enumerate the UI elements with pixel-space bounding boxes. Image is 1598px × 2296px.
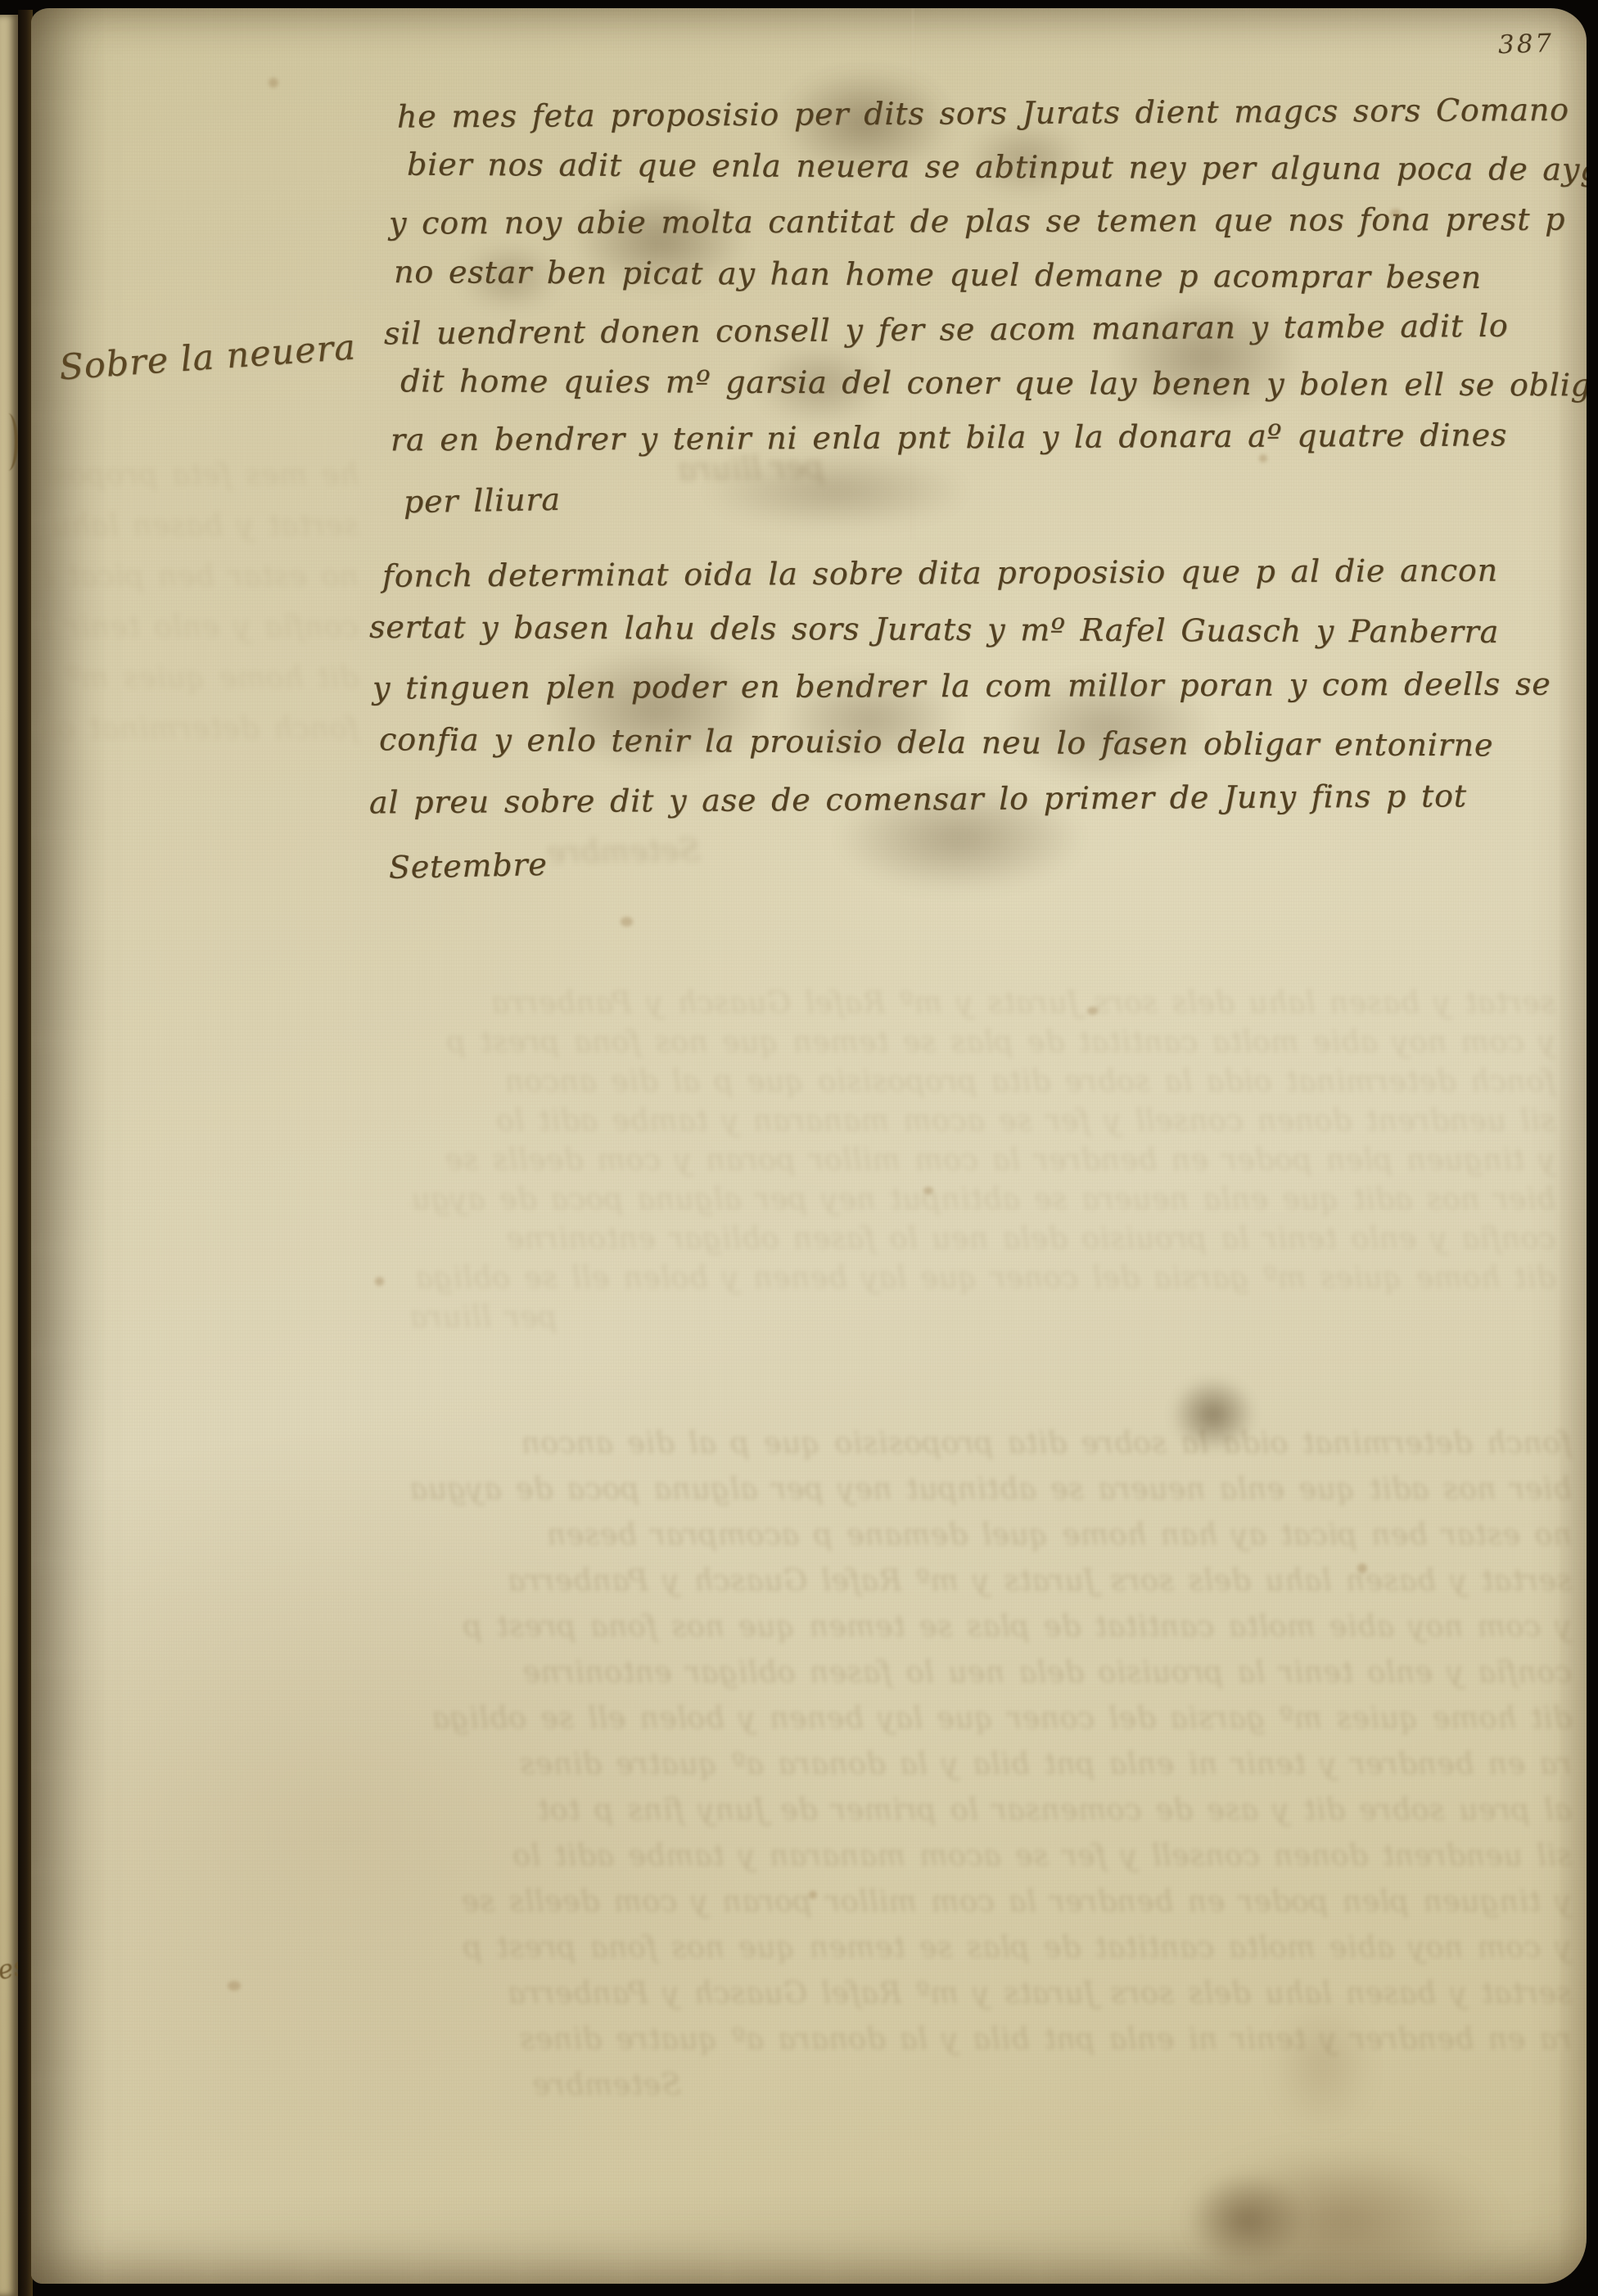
foxing-spot <box>621 917 633 927</box>
bleedthrough-block-lower: fonch determinat oida la sobre dita prop… <box>385 1421 1572 2109</box>
bleedthrough-line: fonch determinat oida la sobre dita prop… <box>385 1421 1572 1467</box>
manuscript-line: fonch determinat oida la sobre dita prop… <box>382 552 1551 614</box>
foxing-spot <box>269 78 278 88</box>
bleedthrough-line: fonch determinat oida la sobre dita prop… <box>43 704 359 755</box>
foxing-spot <box>1357 1563 1367 1573</box>
bleedthrough-line: sil uendrent donen consell y fer se acom… <box>409 1102 1555 1141</box>
water-stain <box>1271 1999 1374 2134</box>
bleedthrough-line: confia y enlo tenir la prouisio dela neu… <box>385 1650 1572 1696</box>
ink-stain <box>778 670 962 769</box>
bleedthrough-line: ra en bendrer y tenir ni enla pnt bila y… <box>385 1742 1572 1788</box>
bleedthrough-line: sertat y basen lahu dels sors Jurats y m… <box>43 501 359 552</box>
bleedthrough-line: sertat y basen lahu dels sors Jurats y m… <box>385 1971 1572 2017</box>
bleedthrough-line: dit home quies mº garsia del coner que l… <box>409 1259 1555 1298</box>
ink-stain <box>753 342 888 426</box>
bleedthrough-line: dit home quies mº garsia del coner que l… <box>385 1696 1572 1742</box>
scan-background: { "page_number": "387", "margin_note": "… <box>0 0 1598 2296</box>
bleedthrough-line: dit home quies mº garsia del coner que l… <box>43 653 359 704</box>
page-number: 387 <box>1497 29 1554 60</box>
foxing-spot <box>1259 454 1267 462</box>
foxing-spot <box>1390 209 1402 218</box>
bleedthrough-line: y com noy abie molta cantitat de plas se… <box>409 1023 1555 1062</box>
bleedthrough-line: bier nos adit que enla neuera se abtinpu… <box>409 1180 1555 1220</box>
foxing-spot <box>375 1277 384 1286</box>
ink-stain <box>1105 293 1306 420</box>
manuscript-page: 387 Sobre la neuera he mes feta proposis… <box>31 8 1587 2284</box>
ink-stain <box>458 244 561 311</box>
water-stain <box>1187 2173 1306 2267</box>
bleedthrough-line: y com noy abie molta cantitat de plas se… <box>385 1604 1572 1650</box>
bleedthrough-block-upper: sertat y basen lahu dels sors Jurats y m… <box>409 984 1555 1337</box>
manuscript-line: y com noy abie molta cantitat de plas se… <box>389 201 1587 259</box>
bleedthrough-line: Setembre <box>385 2063 1572 2109</box>
bleedthrough-left-margin: he mes feta proposisio per dits sors Jur… <box>43 450 359 755</box>
bleedthrough-line: sertat y basen lahu dels sors Jurats y m… <box>409 984 1555 1023</box>
ink-stain <box>835 784 1085 892</box>
previous-page-edge: es <box>0 15 18 2296</box>
bleedthrough-line: confia y enlo tenir la prouisio dela neu… <box>43 602 359 653</box>
bleedthrough-line: sil uendrent donen consell y fer se acom… <box>385 1834 1572 1879</box>
manuscript-line: dit home quies mº garsia del coner que l… <box>400 363 1587 421</box>
bleedthrough-line: fonch determinat oida la sobre dita prop… <box>409 1062 1555 1102</box>
bleedthrough-line: no estar ben picat ay han home quel dema… <box>43 552 359 602</box>
manuscript-line: sertat y basen lahu dels sors Jurats y m… <box>369 609 1551 670</box>
pen-stroke-fragment <box>2 413 18 471</box>
bleedthrough-line: y tinguen plen poder en bendrer la com m… <box>385 1879 1572 1925</box>
bleedthrough-line: y tinguen plen poder en bendrer la com m… <box>409 1141 1555 1180</box>
bleedthrough-line: no estar ben picat ay han home quel dema… <box>385 1513 1572 1558</box>
ink-stain <box>999 670 1216 786</box>
manuscript-line: sil uendrent donen consell y fer se acom… <box>384 307 1587 370</box>
bleedthrough-line: per lliura <box>409 1298 1555 1337</box>
foxing-spot <box>1087 1007 1098 1015</box>
ink-stain <box>573 190 749 292</box>
bleedthrough-line: he mes feta proposisio per dits sors Jur… <box>43 450 359 501</box>
foxing-spot <box>923 1187 933 1194</box>
ink-blot <box>1171 1377 1256 1452</box>
ink-stain <box>778 67 954 178</box>
ink-stain <box>701 452 971 530</box>
bleedthrough-line: y com noy abie molta cantitat de plas se… <box>385 1925 1572 1971</box>
foxing-spot <box>809 1891 817 1899</box>
bleedthrough-line: Setembre <box>547 832 701 870</box>
bleedthrough-line: bier nos adit que enla neuera se abtinpu… <box>385 1467 1572 1513</box>
bleedthrough-line: al preu sobre dit y ase de comensar lo p… <box>385 1788 1572 1834</box>
foxing-spot <box>228 1981 241 1991</box>
bleedthrough-line: sertat y basen lahu dels sors Jurats y m… <box>385 1558 1572 1604</box>
ink-stain <box>540 645 774 772</box>
ink-stain <box>966 121 1085 196</box>
manuscript-line: no estar ben picat ay han home quel dema… <box>394 254 1587 314</box>
bleedthrough-line: ra en bendrer y tenir ni enla pnt bila y… <box>385 2017 1572 2063</box>
bleedthrough-line: confia y enlo tenir la prouisio dela neu… <box>409 1220 1555 1259</box>
